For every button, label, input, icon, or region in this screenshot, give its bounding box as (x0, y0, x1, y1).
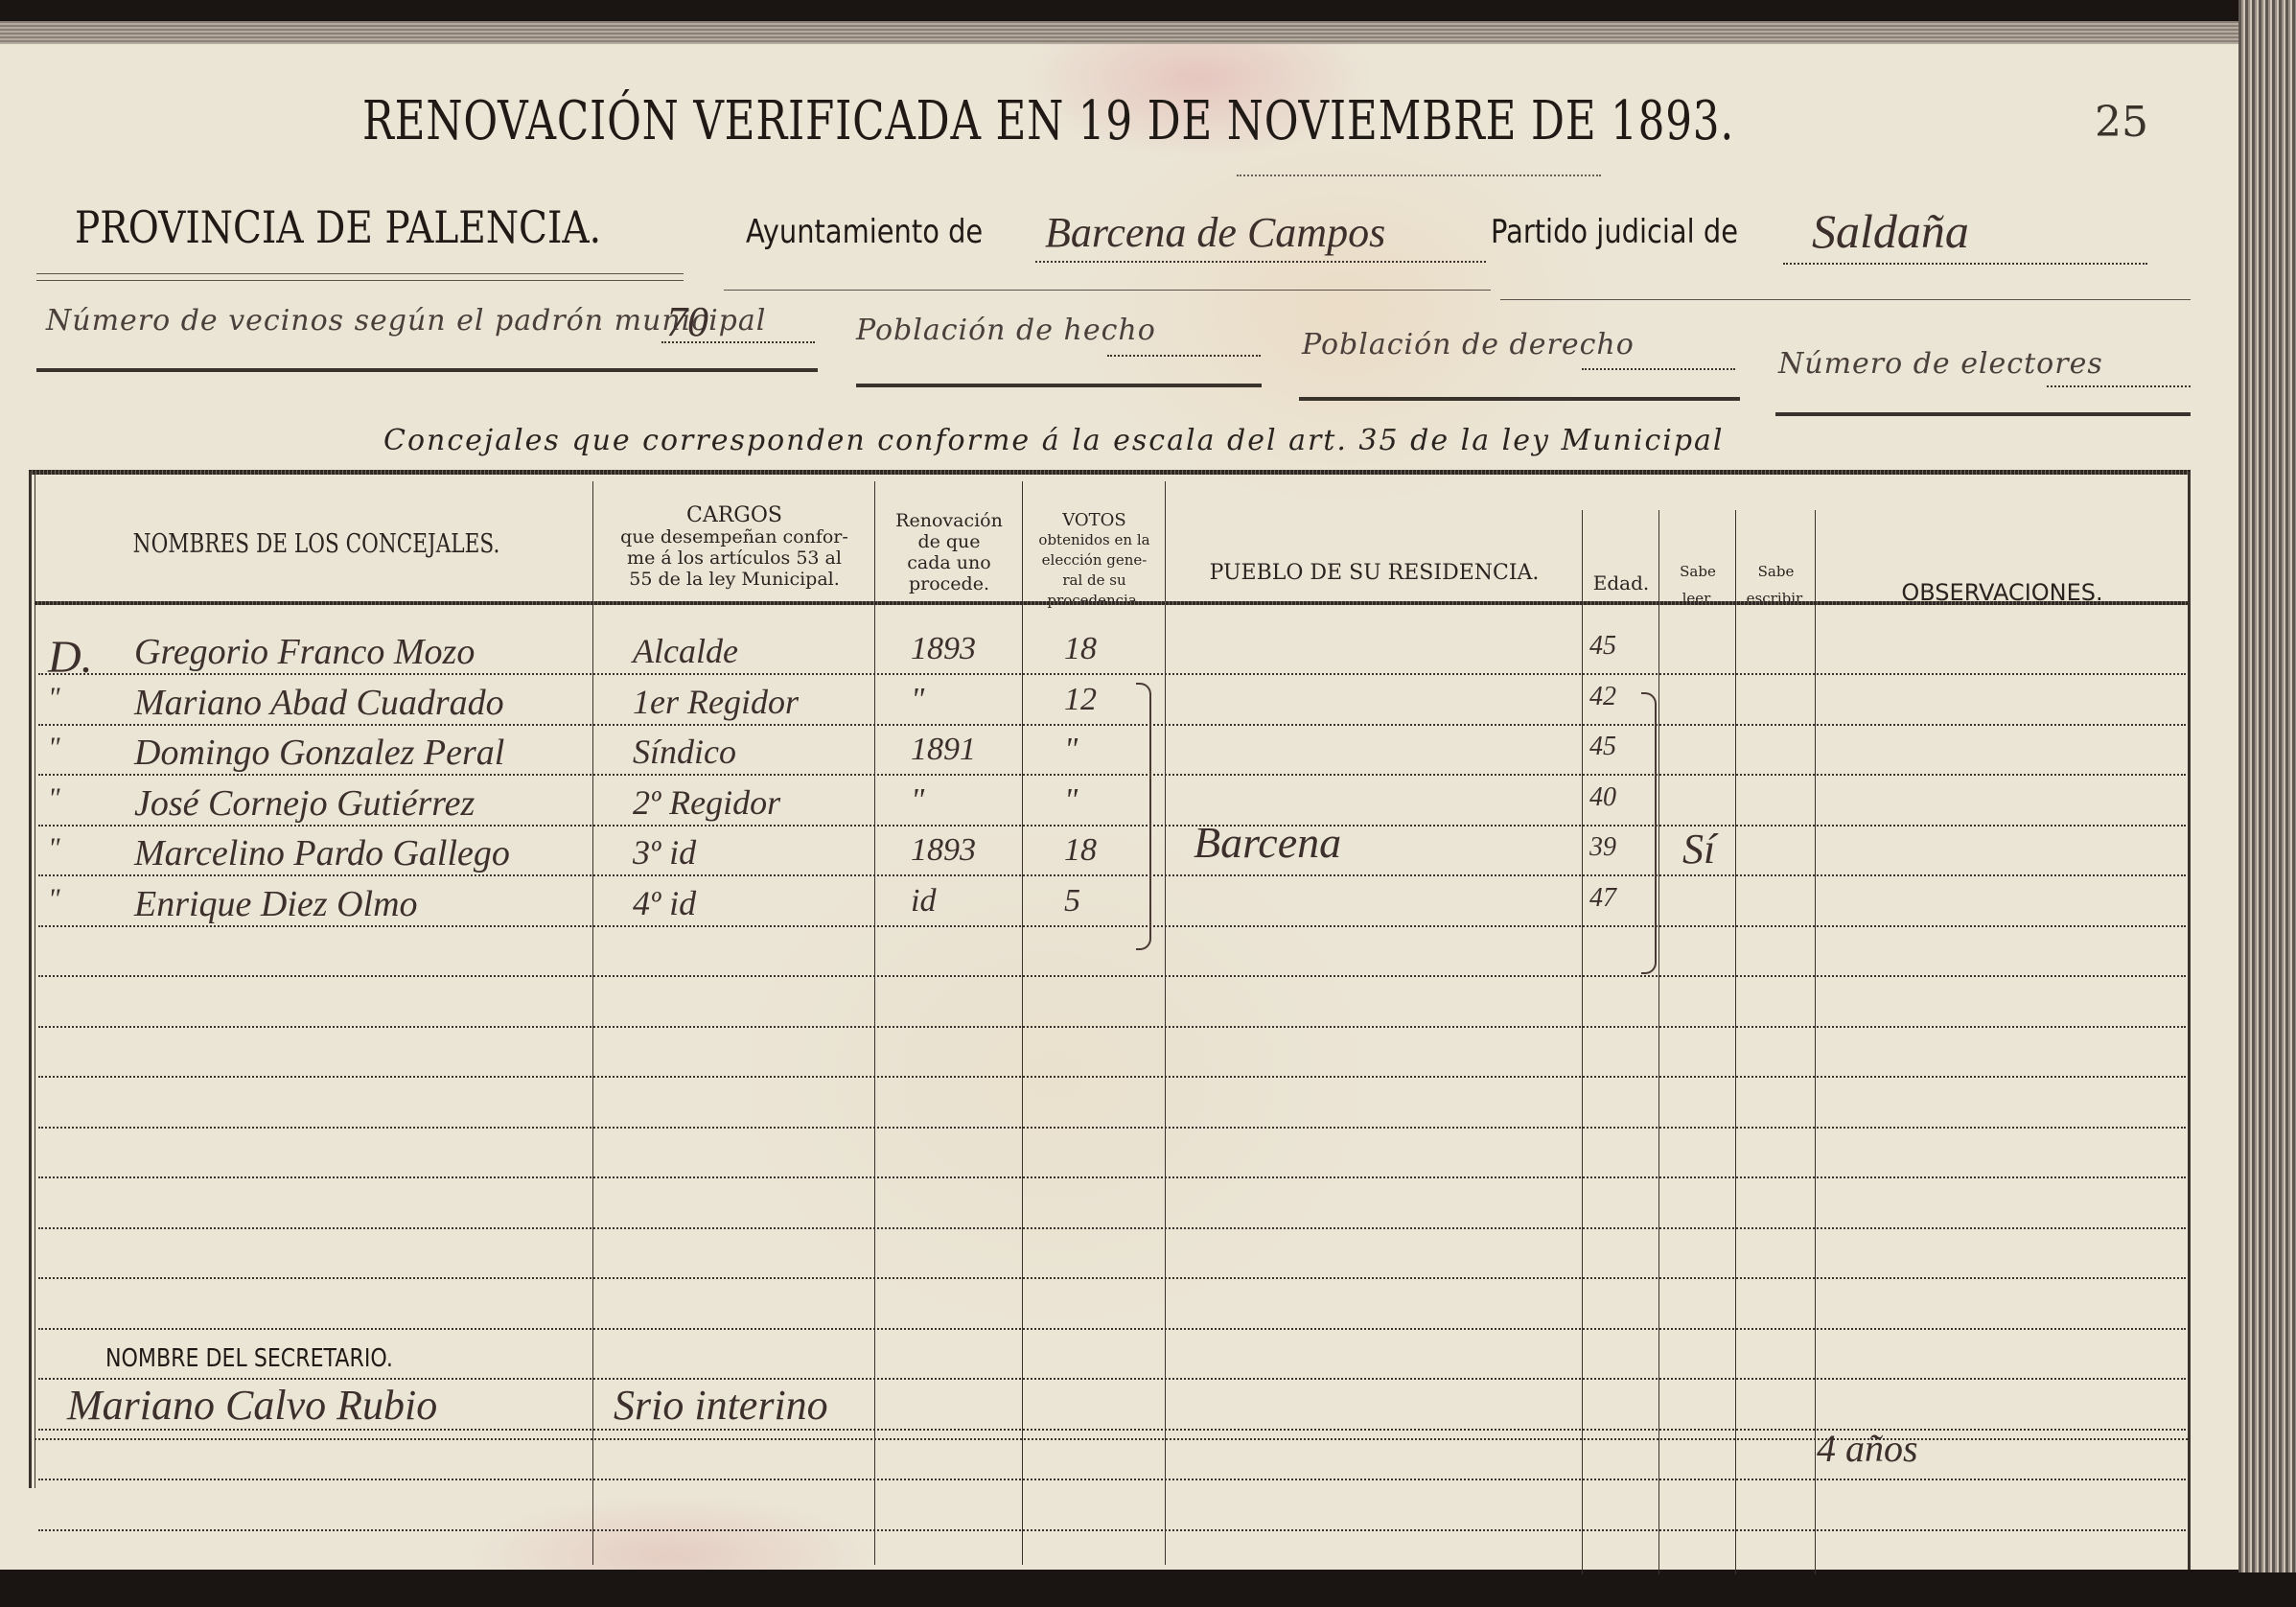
table-row-line (38, 1479, 2186, 1480)
concejal-renovacion: " (911, 782, 924, 819)
col-header-renovacion: Renovación de que cada uno procede. (876, 510, 1022, 594)
provincia-label: PROVINCIA DE PALENCIA. (75, 201, 601, 253)
col-header-pueblo: PUEBLO DE SU RESIDENCIA. (1167, 563, 1582, 584)
sabe-escribir-line-1: Sabe (1737, 558, 1815, 585)
concejal-edad: 45 (1589, 631, 1616, 662)
secretario-name: Mariano Calvo Rubio (67, 1381, 437, 1430)
table-row-line (38, 1026, 2186, 1028)
concejal-cargo: 2º Regidor (633, 782, 780, 823)
concejal-edad: 39 (1589, 832, 1616, 863)
votos-line-3: elección gene- (1024, 550, 1165, 571)
table-row-line (38, 774, 2186, 776)
vecinos-label: Número de vecinos según el padrón munici… (46, 304, 766, 338)
electores-label: Número de electores (1778, 347, 2103, 381)
concejal-name: Marcelino Pardo Gallego (134, 832, 510, 874)
concejal-renovacion: id (911, 883, 936, 920)
secretario-label: NOMBRE DEL SECRETARIO. (105, 1344, 393, 1373)
renovacion-line-3: cada uno (876, 552, 1022, 573)
col-header-edad: Edad. (1584, 572, 1658, 594)
col-sep-1 (592, 481, 593, 1565)
votos-line-1: VOTOS (1024, 510, 1165, 530)
concejal-votos: 5 (1064, 883, 1080, 920)
table-row-line (38, 1127, 2186, 1129)
concejal-renovacion: 1893 (911, 832, 976, 869)
pueblo-brace-icon (1136, 683, 1151, 950)
sabe-leer-line-2: leer. (1660, 585, 1735, 612)
votos-line-2: obtenidos en la (1024, 530, 1165, 550)
ayuntamiento-label: Ayuntamiento de (746, 213, 983, 251)
ayuntamiento-underline (724, 290, 1491, 291)
sabe-leer-line-1: Sabe (1660, 558, 1735, 585)
col-header-nombres: NOMBRES DE LOS CONCEJALES. (94, 534, 539, 555)
concejal-votos: 18 (1064, 631, 1097, 667)
header-bottom-border (35, 601, 2188, 605)
table-subtitle: Concejales que corresponden conforme á l… (383, 424, 1725, 457)
concejal-name: Domingo Gonzalez Peral (134, 732, 504, 774)
concejal-cargo: 1er Regidor (633, 682, 799, 722)
concejal-name: José Cornejo Gutiérrez (134, 782, 475, 825)
concejal-votos: 18 (1064, 832, 1097, 869)
concejal-edad: 42 (1589, 682, 1616, 712)
table-left-border (29, 472, 32, 1488)
concejal-cargo: 3º id (633, 832, 696, 873)
vecinos-value: 70 (666, 297, 708, 346)
concejal-name: Gregorio Franco Mozo (134, 631, 475, 673)
renovacion-line-2: de que (876, 531, 1022, 552)
cargos-line-1: CARGOS (594, 505, 874, 526)
poblacion-hecho-dotted-line (1107, 355, 1261, 357)
col-sep-3 (1022, 481, 1023, 1565)
concejal-renovacion: 1891 (911, 732, 976, 768)
register-page: RENOVACIÓN VERIFICADA EN 19 DE NOVIEMBRE… (0, 21, 2248, 1570)
provincia-underline (36, 273, 684, 274)
col-sep-8 (1815, 510, 1816, 1574)
table-row-line (38, 724, 2186, 726)
table-row-line (38, 874, 2186, 876)
poblacion-hecho-label: Población de hecho (856, 314, 1156, 347)
poblacion-hecho-underline (856, 384, 1262, 387)
partido-underline (1500, 299, 2191, 300)
book-right-edge (2238, 0, 2296, 1572)
col-sep-5 (1582, 510, 1583, 1574)
footnote-mark: 4 años (1817, 1426, 1918, 1471)
partido-value: Saldaña (1812, 203, 1969, 259)
vecinos-underline (36, 368, 818, 372)
row-prefix: " (48, 682, 60, 714)
concejal-cargo: Síndico (633, 732, 736, 772)
concejal-name: Enrique Diez Olmo (134, 883, 418, 925)
concejal-votos: " (1064, 732, 1078, 768)
col-header-observaciones: OBSERVACIONES. (1817, 582, 2188, 603)
book-top-edge (0, 21, 2248, 44)
sabe-escribir-line-2: escribir. (1737, 585, 1815, 612)
edad-brace-icon (1641, 692, 1657, 974)
partido-dotted-line (1783, 263, 2147, 265)
table-top-border (29, 470, 2191, 475)
table-row-line (38, 1076, 2186, 1078)
concejal-votos: " (1064, 782, 1078, 819)
table-row-line (38, 673, 2186, 675)
table-row-line (38, 1378, 2186, 1380)
concejal-cargo: Alcalde (633, 631, 738, 671)
table-row-line (38, 1176, 2186, 1178)
pueblo-residencia-value: Barcena (1194, 817, 1341, 868)
col-sep-7 (1735, 510, 1736, 1574)
cargos-line-4: 55 de la ley Municipal. (594, 569, 874, 590)
electores-dotted-line (2047, 385, 2191, 387)
table-row-line (38, 1227, 2186, 1229)
votos-line-4: ral de su (1024, 571, 1165, 591)
col-sep-6 (1658, 510, 1659, 1574)
col-sep-2 (874, 481, 875, 1565)
secretario-role: Srio interino (614, 1381, 828, 1430)
concejal-renovacion: " (911, 682, 924, 718)
page-number: 25 (2095, 98, 2148, 147)
table-left-border-inner (35, 472, 35, 1488)
col-header-votos: VOTOS obtenidos en la elección gene- ral… (1024, 510, 1165, 611)
table-row-line (38, 975, 2186, 977)
concejal-votos: 12 (1064, 682, 1097, 718)
electores-underline (1775, 412, 2191, 416)
renovacion-line-4: procede. (876, 573, 1022, 594)
page-title: RENOVACIÓN VERIFICADA EN 19 DE NOVIEMBRE… (362, 90, 1734, 152)
table-row-line (38, 825, 2186, 827)
row-prefix: " (48, 883, 60, 916)
provincia-underline-2 (36, 280, 684, 281)
table-row-line (38, 1529, 2186, 1531)
ayuntamiento-value: Barcena de Campos (1045, 208, 1385, 257)
ayuntamiento-dotted-line (1035, 261, 1486, 263)
concejal-edad: 47 (1589, 883, 1616, 914)
vecinos-dotted-line (661, 341, 815, 343)
concejal-edad: 45 (1589, 732, 1616, 762)
cargos-line-2: que desempeñan confor- (594, 526, 874, 547)
table-row-line (38, 925, 2186, 927)
row-prefix: " (48, 782, 60, 815)
table-row-line (38, 1277, 2186, 1279)
table-right-border (2188, 472, 2191, 1570)
cargos-line-3: me á los artículos 53 al (594, 547, 874, 569)
poblacion-derecho-underline (1299, 397, 1740, 401)
row-prefix: D. (48, 631, 93, 684)
row-prefix: " (48, 732, 60, 764)
concejal-renovacion: 1893 (911, 631, 976, 667)
title-ornament (1237, 175, 1601, 176)
col-sep-4 (1165, 481, 1166, 1565)
poblacion-derecho-label: Población de derecho (1302, 328, 1635, 361)
sabe-value: Sí (1682, 825, 1715, 873)
renovacion-line-1: Renovación (876, 510, 1022, 531)
partido-label: Partido judicial de (1491, 213, 1738, 251)
col-header-cargos: CARGOS que desempeñan confor- me á los a… (594, 505, 874, 590)
concejal-edad: 40 (1589, 782, 1616, 813)
concejal-cargo: 4º id (633, 883, 696, 923)
table-row-line (38, 1328, 2186, 1330)
row-prefix: " (48, 832, 60, 865)
concejal-name: Mariano Abad Cuadrado (134, 682, 504, 724)
poblacion-derecho-dotted-line (1582, 368, 1735, 370)
